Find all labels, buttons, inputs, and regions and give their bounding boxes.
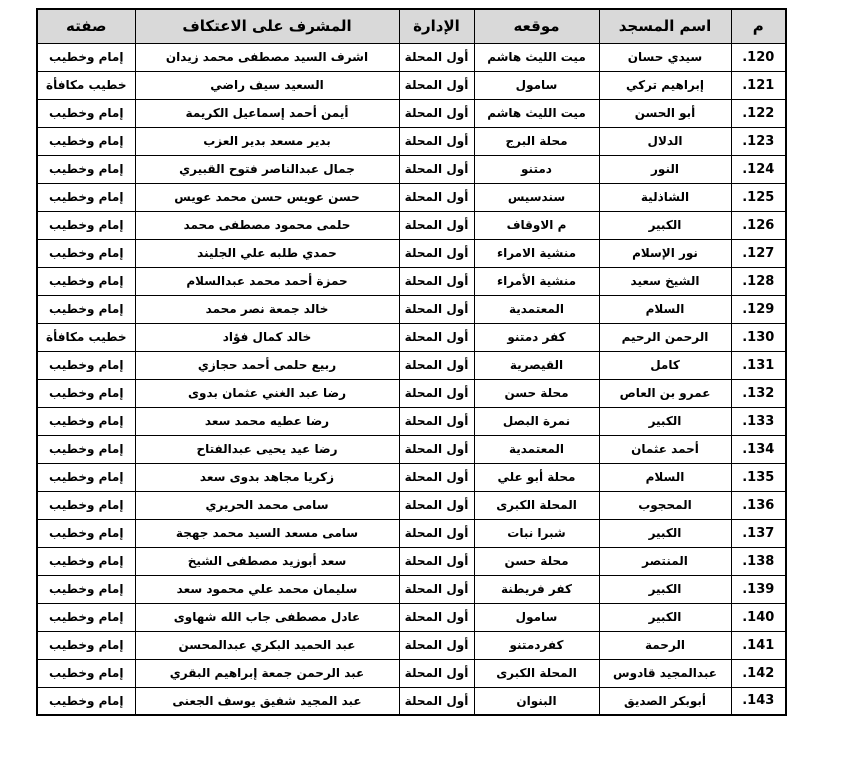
cell-role: إمام وخطيب bbox=[37, 575, 135, 603]
cell-number: 127. bbox=[731, 239, 786, 267]
table-row: 134.أحمد عثمانالمعتمديةأول المحلةرضا عيد… bbox=[37, 435, 786, 463]
col-header-itikaf-supervisor: المشرف على الاعتكاف bbox=[135, 9, 399, 43]
cell-role: إمام وخطيب bbox=[37, 603, 135, 631]
cell-number: 133. bbox=[731, 407, 786, 435]
table-row: 121.إبراهيم تركيسامولأول المحلةالسعيد سي… bbox=[37, 71, 786, 99]
table-row: 125.الشاذليةسندسيسأول المحلةحسن عويس حسن… bbox=[37, 183, 786, 211]
cell-number: 136. bbox=[731, 491, 786, 519]
cell-supervisor: سليمان محمد علي محمود سعد bbox=[135, 575, 399, 603]
cell-location: المحلة الكبرى bbox=[474, 659, 599, 687]
cell-role: إمام وخطيب bbox=[37, 519, 135, 547]
table-row: 126.الكبيرم الاوقافأول المحلةحلمى محمود … bbox=[37, 211, 786, 239]
cell-supervisor: رضا عيد يحيى عبدالفتاح bbox=[135, 435, 399, 463]
cell-administration: أول المحلة bbox=[399, 463, 474, 491]
cell-number: 126. bbox=[731, 211, 786, 239]
cell-administration: أول المحلة bbox=[399, 435, 474, 463]
cell-role: إمام وخطيب bbox=[37, 211, 135, 239]
cell-role: إمام وخطيب bbox=[37, 239, 135, 267]
cell-number: 141. bbox=[731, 631, 786, 659]
table-row: 140.الكبيرسامولأول المحلةعادل مصطفى جاب … bbox=[37, 603, 786, 631]
cell-mosque-name: النور bbox=[599, 155, 731, 183]
cell-administration: أول المحلة bbox=[399, 127, 474, 155]
cell-supervisor: حمزة أحمد محمد عبدالسلام bbox=[135, 267, 399, 295]
cell-role: إمام وخطيب bbox=[37, 183, 135, 211]
table-body: 120.سيدي حسانميت الليث هاشمأول المحلةاشر… bbox=[37, 43, 786, 715]
cell-mosque-name: عبدالمجيد قادوس bbox=[599, 659, 731, 687]
cell-administration: أول المحلة bbox=[399, 351, 474, 379]
cell-number: 132. bbox=[731, 379, 786, 407]
table-row: 137.الكبيرشبرا نباتأول المحلةسامى مسعد ا… bbox=[37, 519, 786, 547]
cell-supervisor: بدير مسعد بدير العزب bbox=[135, 127, 399, 155]
cell-location: المحلة الكبرى bbox=[474, 491, 599, 519]
cell-mosque-name: الكبير bbox=[599, 407, 731, 435]
cell-supervisor: حلمى محمود مصطفى محمد bbox=[135, 211, 399, 239]
cell-location: ميت الليث هاشم bbox=[474, 43, 599, 71]
cell-number: 130. bbox=[731, 323, 786, 351]
cell-mosque-name: الكبير bbox=[599, 575, 731, 603]
table-row: 135.السلاممحلة أبو عليأول المحلةزكريا مج… bbox=[37, 463, 786, 491]
cell-supervisor: سعد أبوزيد مصطفى الشيخ bbox=[135, 547, 399, 575]
table-row: 128.الشيخ سعيدمنشية الأمراءأول المحلةحمز… bbox=[37, 267, 786, 295]
cell-role: إمام وخطيب bbox=[37, 127, 135, 155]
cell-role: إمام وخطيب bbox=[37, 295, 135, 323]
cell-location: دمتنو bbox=[474, 155, 599, 183]
cell-administration: أول المحلة bbox=[399, 603, 474, 631]
cell-mosque-name: المحجوب bbox=[599, 491, 731, 519]
cell-location: منشية الأمراء bbox=[474, 267, 599, 295]
cell-number: 121. bbox=[731, 71, 786, 99]
table-row: 122.أبو الحسنميت الليث هاشمأول المحلةأيم… bbox=[37, 99, 786, 127]
cell-mosque-name: نور الإسلام bbox=[599, 239, 731, 267]
cell-mosque-name: أحمد عثمان bbox=[599, 435, 731, 463]
cell-supervisor: عبد المجيد شفيق يوسف الجعنى bbox=[135, 687, 399, 715]
cell-mosque-name: السلام bbox=[599, 463, 731, 491]
cell-location: كفردمتنو bbox=[474, 631, 599, 659]
cell-mosque-name: الشاذلية bbox=[599, 183, 731, 211]
table-row: 141.الرحمةكفردمتنوأول المحلةعبد الحميد ا… bbox=[37, 631, 786, 659]
cell-role: إمام وخطيب bbox=[37, 99, 135, 127]
cell-location: سندسيس bbox=[474, 183, 599, 211]
cell-supervisor: خالد جمعة نصر محمد bbox=[135, 295, 399, 323]
cell-location: المعتمدية bbox=[474, 435, 599, 463]
cell-location: القيصرية bbox=[474, 351, 599, 379]
cell-number: 140. bbox=[731, 603, 786, 631]
cell-location: ميت الليث هاشم bbox=[474, 99, 599, 127]
cell-number: 138. bbox=[731, 547, 786, 575]
cell-supervisor: عبد الرحمن جمعة إبراهيم البقري bbox=[135, 659, 399, 687]
cell-administration: أول المحلة bbox=[399, 491, 474, 519]
table-row: 133.الكبيرنمرة البصلأول المحلةرضا عطيه م… bbox=[37, 407, 786, 435]
table-row: 120.سيدي حسانميت الليث هاشمأول المحلةاشر… bbox=[37, 43, 786, 71]
table-row: 142.عبدالمجيد قادوسالمحلة الكبرىأول المح… bbox=[37, 659, 786, 687]
col-header-mosque-name: اسم المسجد bbox=[599, 9, 731, 43]
cell-supervisor: سامى محمد الحريري bbox=[135, 491, 399, 519]
cell-mosque-name: الرحمن الرحيم bbox=[599, 323, 731, 351]
cell-role: إمام وخطيب bbox=[37, 435, 135, 463]
cell-administration: أول المحلة bbox=[399, 267, 474, 295]
cell-administration: أول المحلة bbox=[399, 323, 474, 351]
cell-number: 128. bbox=[731, 267, 786, 295]
cell-supervisor: حمدي طلبه علي الجليند bbox=[135, 239, 399, 267]
cell-mosque-name: عمرو بن العاص bbox=[599, 379, 731, 407]
table-row: 130.الرحمن الرحيمكفر دمتنوأول المحلةخالد… bbox=[37, 323, 786, 351]
cell-administration: أول المحلة bbox=[399, 99, 474, 127]
cell-administration: أول المحلة bbox=[399, 547, 474, 575]
table-row: 143.أبوبكر الصديقالبنوانأول المحلةعبد ال… bbox=[37, 687, 786, 715]
cell-role: إمام وخطيب bbox=[37, 631, 135, 659]
cell-location: كفر دمتنو bbox=[474, 323, 599, 351]
cell-mosque-name: الدلال bbox=[599, 127, 731, 155]
cell-supervisor: اشرف السيد مصطفى محمد زيدان bbox=[135, 43, 399, 71]
table-row: 131.كاملالقيصريةأول المحلةربيع حلمى أحمد… bbox=[37, 351, 786, 379]
cell-location: م الاوقاف bbox=[474, 211, 599, 239]
cell-mosque-name: الكبير bbox=[599, 519, 731, 547]
cell-location: المعتمدية bbox=[474, 295, 599, 323]
cell-supervisor: أيمن أحمد إسماعيل الكريمة bbox=[135, 99, 399, 127]
cell-number: 129. bbox=[731, 295, 786, 323]
cell-role: إمام وخطيب bbox=[37, 659, 135, 687]
cell-supervisor: زكريا مجاهد بدوى سعد bbox=[135, 463, 399, 491]
cell-administration: أول المحلة bbox=[399, 631, 474, 659]
cell-mosque-name: أبو الحسن bbox=[599, 99, 731, 127]
cell-mosque-name: إبراهيم تركي bbox=[599, 71, 731, 99]
cell-number: 135. bbox=[731, 463, 786, 491]
cell-location: سامول bbox=[474, 603, 599, 631]
cell-supervisor: جمال عبدالناصر فتوح القبيري bbox=[135, 155, 399, 183]
table-row: 124.النوردمتنوأول المحلةجمال عبدالناصر ف… bbox=[37, 155, 786, 183]
table-row: 136.المحجوبالمحلة الكبرىأول المحلةسامى م… bbox=[37, 491, 786, 519]
cell-location: محلة حسن bbox=[474, 547, 599, 575]
col-header-role: صفته bbox=[37, 9, 135, 43]
cell-supervisor: خالد كمال فؤاد bbox=[135, 323, 399, 351]
cell-role: إمام وخطيب bbox=[37, 267, 135, 295]
mosque-roster-table: م اسم المسجد موقعه الإدارة المشرف على ال… bbox=[36, 8, 787, 716]
header-row: م اسم المسجد موقعه الإدارة المشرف على ال… bbox=[37, 9, 786, 43]
cell-location: سامول bbox=[474, 71, 599, 99]
cell-number: 125. bbox=[731, 183, 786, 211]
cell-role: خطيب مكافأة bbox=[37, 71, 135, 99]
cell-number: 137. bbox=[731, 519, 786, 547]
cell-number: 120. bbox=[731, 43, 786, 71]
cell-location: البنوان bbox=[474, 687, 599, 715]
cell-role: إمام وخطيب bbox=[37, 687, 135, 715]
cell-number: 131. bbox=[731, 351, 786, 379]
table-row: 127.نور الإسلاممنشية الامراءأول المحلةحم… bbox=[37, 239, 786, 267]
table-row: 129.السلامالمعتمديةأول المحلةخالد جمعة ن… bbox=[37, 295, 786, 323]
cell-administration: أول المحلة bbox=[399, 43, 474, 71]
cell-supervisor: رضا عطيه محمد سعد bbox=[135, 407, 399, 435]
cell-number: 139. bbox=[731, 575, 786, 603]
cell-number: 143. bbox=[731, 687, 786, 715]
cell-location: محلة البرج bbox=[474, 127, 599, 155]
cell-role: إمام وخطيب bbox=[37, 155, 135, 183]
cell-supervisor: حسن عويس حسن محمد عويس bbox=[135, 183, 399, 211]
cell-role: إمام وخطيب bbox=[37, 407, 135, 435]
cell-administration: أول المحلة bbox=[399, 687, 474, 715]
col-header-number: م bbox=[731, 9, 786, 43]
cell-number: 124. bbox=[731, 155, 786, 183]
cell-administration: أول المحلة bbox=[399, 211, 474, 239]
cell-supervisor: رضا عبد الغني عثمان بدوى bbox=[135, 379, 399, 407]
table-row: 132.عمرو بن العاصمحلة حسنأول المحلةرضا ع… bbox=[37, 379, 786, 407]
document-page: م اسم المسجد موقعه الإدارة المشرف على ال… bbox=[0, 0, 856, 759]
cell-role: خطيب مكافأة bbox=[37, 323, 135, 351]
col-header-administration: الإدارة bbox=[399, 9, 474, 43]
cell-mosque-name: سيدي حسان bbox=[599, 43, 731, 71]
cell-mosque-name: كامل bbox=[599, 351, 731, 379]
cell-administration: أول المحلة bbox=[399, 183, 474, 211]
table-row: 123.الدلالمحلة البرجأول المحلةبدير مسعد … bbox=[37, 127, 786, 155]
cell-role: إمام وخطيب bbox=[37, 463, 135, 491]
cell-location: منشية الامراء bbox=[474, 239, 599, 267]
cell-mosque-name: المنتصر bbox=[599, 547, 731, 575]
cell-role: إمام وخطيب bbox=[37, 379, 135, 407]
cell-administration: أول المحلة bbox=[399, 295, 474, 323]
cell-administration: أول المحلة bbox=[399, 239, 474, 267]
table-row: 139.الكبيركفر فريطنةأول المحلةسليمان محم… bbox=[37, 575, 786, 603]
cell-location: كفر فريطنة bbox=[474, 575, 599, 603]
cell-location: محلة حسن bbox=[474, 379, 599, 407]
cell-administration: أول المحلة bbox=[399, 575, 474, 603]
cell-number: 122. bbox=[731, 99, 786, 127]
cell-mosque-name: الكبير bbox=[599, 211, 731, 239]
cell-supervisor: عادل مصطفى جاب الله شهاوى bbox=[135, 603, 399, 631]
cell-location: نمرة البصل bbox=[474, 407, 599, 435]
cell-administration: أول المحلة bbox=[399, 379, 474, 407]
table-row: 138.المنتصرمحلة حسنأول المحلةسعد أبوزيد … bbox=[37, 547, 786, 575]
cell-mosque-name: أبوبكر الصديق bbox=[599, 687, 731, 715]
cell-role: إمام وخطيب bbox=[37, 547, 135, 575]
cell-location: محلة أبو علي bbox=[474, 463, 599, 491]
cell-supervisor: عبد الحميد البكري عبدالمحسن bbox=[135, 631, 399, 659]
cell-mosque-name: الكبير bbox=[599, 603, 731, 631]
cell-administration: أول المحلة bbox=[399, 407, 474, 435]
cell-administration: أول المحلة bbox=[399, 519, 474, 547]
cell-mosque-name: السلام bbox=[599, 295, 731, 323]
cell-mosque-name: الشيخ سعيد bbox=[599, 267, 731, 295]
cell-mosque-name: الرحمة bbox=[599, 631, 731, 659]
cell-administration: أول المحلة bbox=[399, 71, 474, 99]
cell-supervisor: سامى مسعد السيد محمد جهجة bbox=[135, 519, 399, 547]
cell-location: شبرا نبات bbox=[474, 519, 599, 547]
cell-supervisor: ربيع حلمى أحمد حجازي bbox=[135, 351, 399, 379]
cell-administration: أول المحلة bbox=[399, 659, 474, 687]
col-header-location: موقعه bbox=[474, 9, 599, 43]
cell-administration: أول المحلة bbox=[399, 155, 474, 183]
cell-role: إمام وخطيب bbox=[37, 351, 135, 379]
cell-supervisor: السعيد سيف راضي bbox=[135, 71, 399, 99]
cell-role: إمام وخطيب bbox=[37, 43, 135, 71]
cell-number: 142. bbox=[731, 659, 786, 687]
cell-number: 123. bbox=[731, 127, 786, 155]
cell-number: 134. bbox=[731, 435, 786, 463]
cell-role: إمام وخطيب bbox=[37, 491, 135, 519]
